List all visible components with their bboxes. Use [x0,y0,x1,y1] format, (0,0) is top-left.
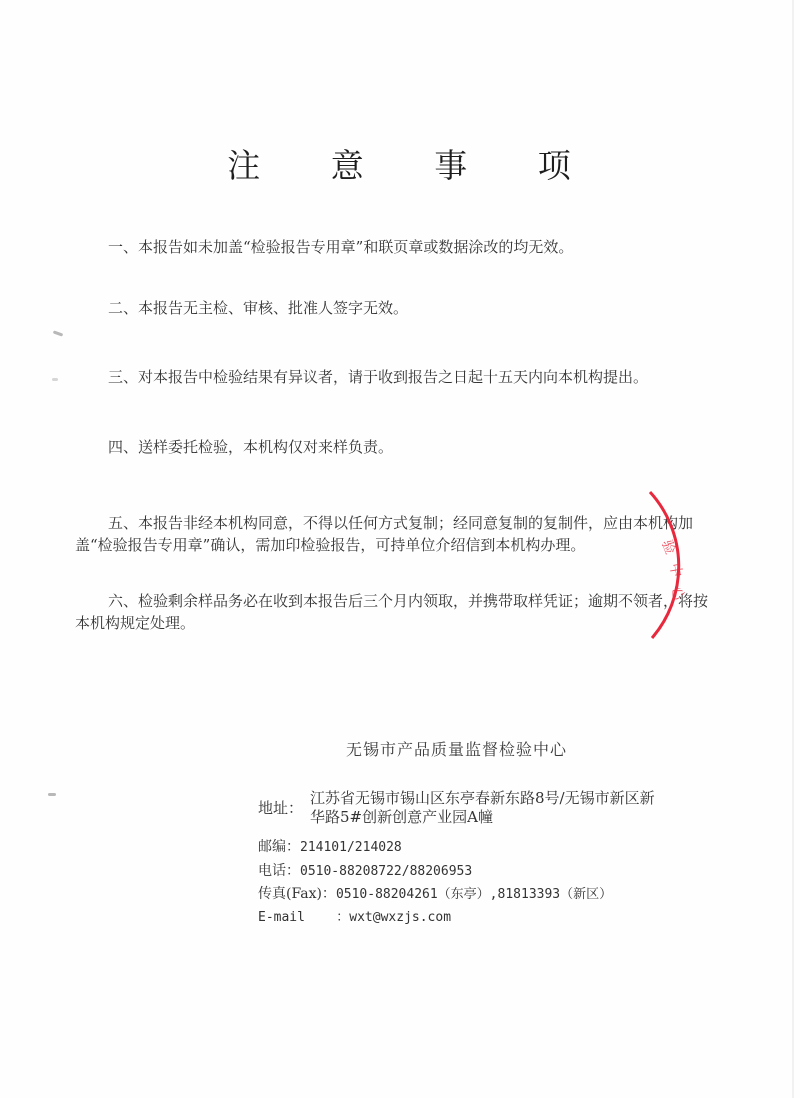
notice-item-2: 二、本报告无主检、审核、批准人签字无效。 [75,297,715,319]
margin-mark [53,330,63,336]
item-number: 一、 [108,238,138,256]
email-value: wxt@wxzjs.com [349,910,451,925]
item-text: 本报告如未加盖“检验报告专用章”和联页章或数据涂改的均无效。 [138,238,573,256]
margin-mark [52,378,58,381]
item-number: 三、 [108,368,138,386]
postcode-value: 214101/214028 [300,840,402,855]
notice-item-1: 一、本报告如未加盖“检验报告专用章”和联页章或数据涂改的均无效。 [75,236,715,258]
item-text: 对本报告中检验结果有异议者，请于收到报告之日起十五天内向本机构提出。 [138,368,648,386]
item-text: 本报告无主检、审核、批准人签字无效。 [138,299,408,317]
address-label: 地址： [258,797,303,818]
document-page: 注 意 事 项 一、本报告如未加盖“检验报告专用章”和联页章或数据涂改的均无效。… [0,0,800,1098]
item-number: 二、 [108,299,138,317]
email-row: E-mail ：wxt@wxzjs.com [258,906,451,925]
fax-row: 传真(Fax)：0510-88204261（东亭）,81813393（新区） [258,883,612,903]
address-value: 江苏省无锡市锡山区东亭春新东路8号/无锡市新区新 华路5#创新创意产业园A幢 [310,789,700,827]
notice-item-4: 四、送样委托检验，本机构仅对来样负责。 [75,436,715,458]
email-label: E-mail ： [258,910,349,925]
page-title: 注 意 事 项 [0,140,800,187]
phone-label: 电话： [258,863,300,879]
item-text: 检验剩余样品务必在收到本报告后三个月内领取，并携带取样凭证；逾期不领者，将按本机… [75,592,708,632]
svg-text:中: 中 [666,562,685,579]
item-number: 六、 [108,592,138,610]
phone-value: 0510-88208722/88206953 [300,864,472,879]
fax-label: 传真(Fax)： [258,886,336,902]
address-line-1: 江苏省无锡市锡山区东亭春新东路8号/无锡市新区新 [310,789,700,808]
postcode-row: 邮编：214101/214028 [258,836,402,856]
postcode-label: 邮编： [258,839,300,855]
organization-name: 无锡市产品质量监督检验中心 [346,737,567,760]
address-line-2: 华路5#创新创意产业园A幢 [310,808,700,827]
fax-value: 0510-88204261（东亭）,81813393（新区） [336,887,612,902]
item-text: 本报告非经本机构同意，不得以任何方式复制；经同意复制的复制件，应由本机构加盖“检… [75,514,693,554]
notice-item-5: 五、本报告非经本机构同意，不得以任何方式复制；经同意复制的复制件，应由本机构加盖… [75,512,715,556]
item-number: 五、 [108,514,138,532]
margin-mark [48,793,56,796]
notice-item-6: 六、检验剩余样品务必在收到本报告后三个月内领取，并携带取样凭证；逾期不领者，将按… [75,590,715,634]
item-number: 四、 [108,438,138,456]
item-text: 送样委托检验，本机构仅对来样负责。 [138,438,393,456]
phone-row: 电话：0510-88208722/88206953 [258,860,472,880]
notice-item-3: 三、对本报告中检验结果有异议者，请于收到报告之日起十五天内向本机构提出。 [75,366,715,388]
